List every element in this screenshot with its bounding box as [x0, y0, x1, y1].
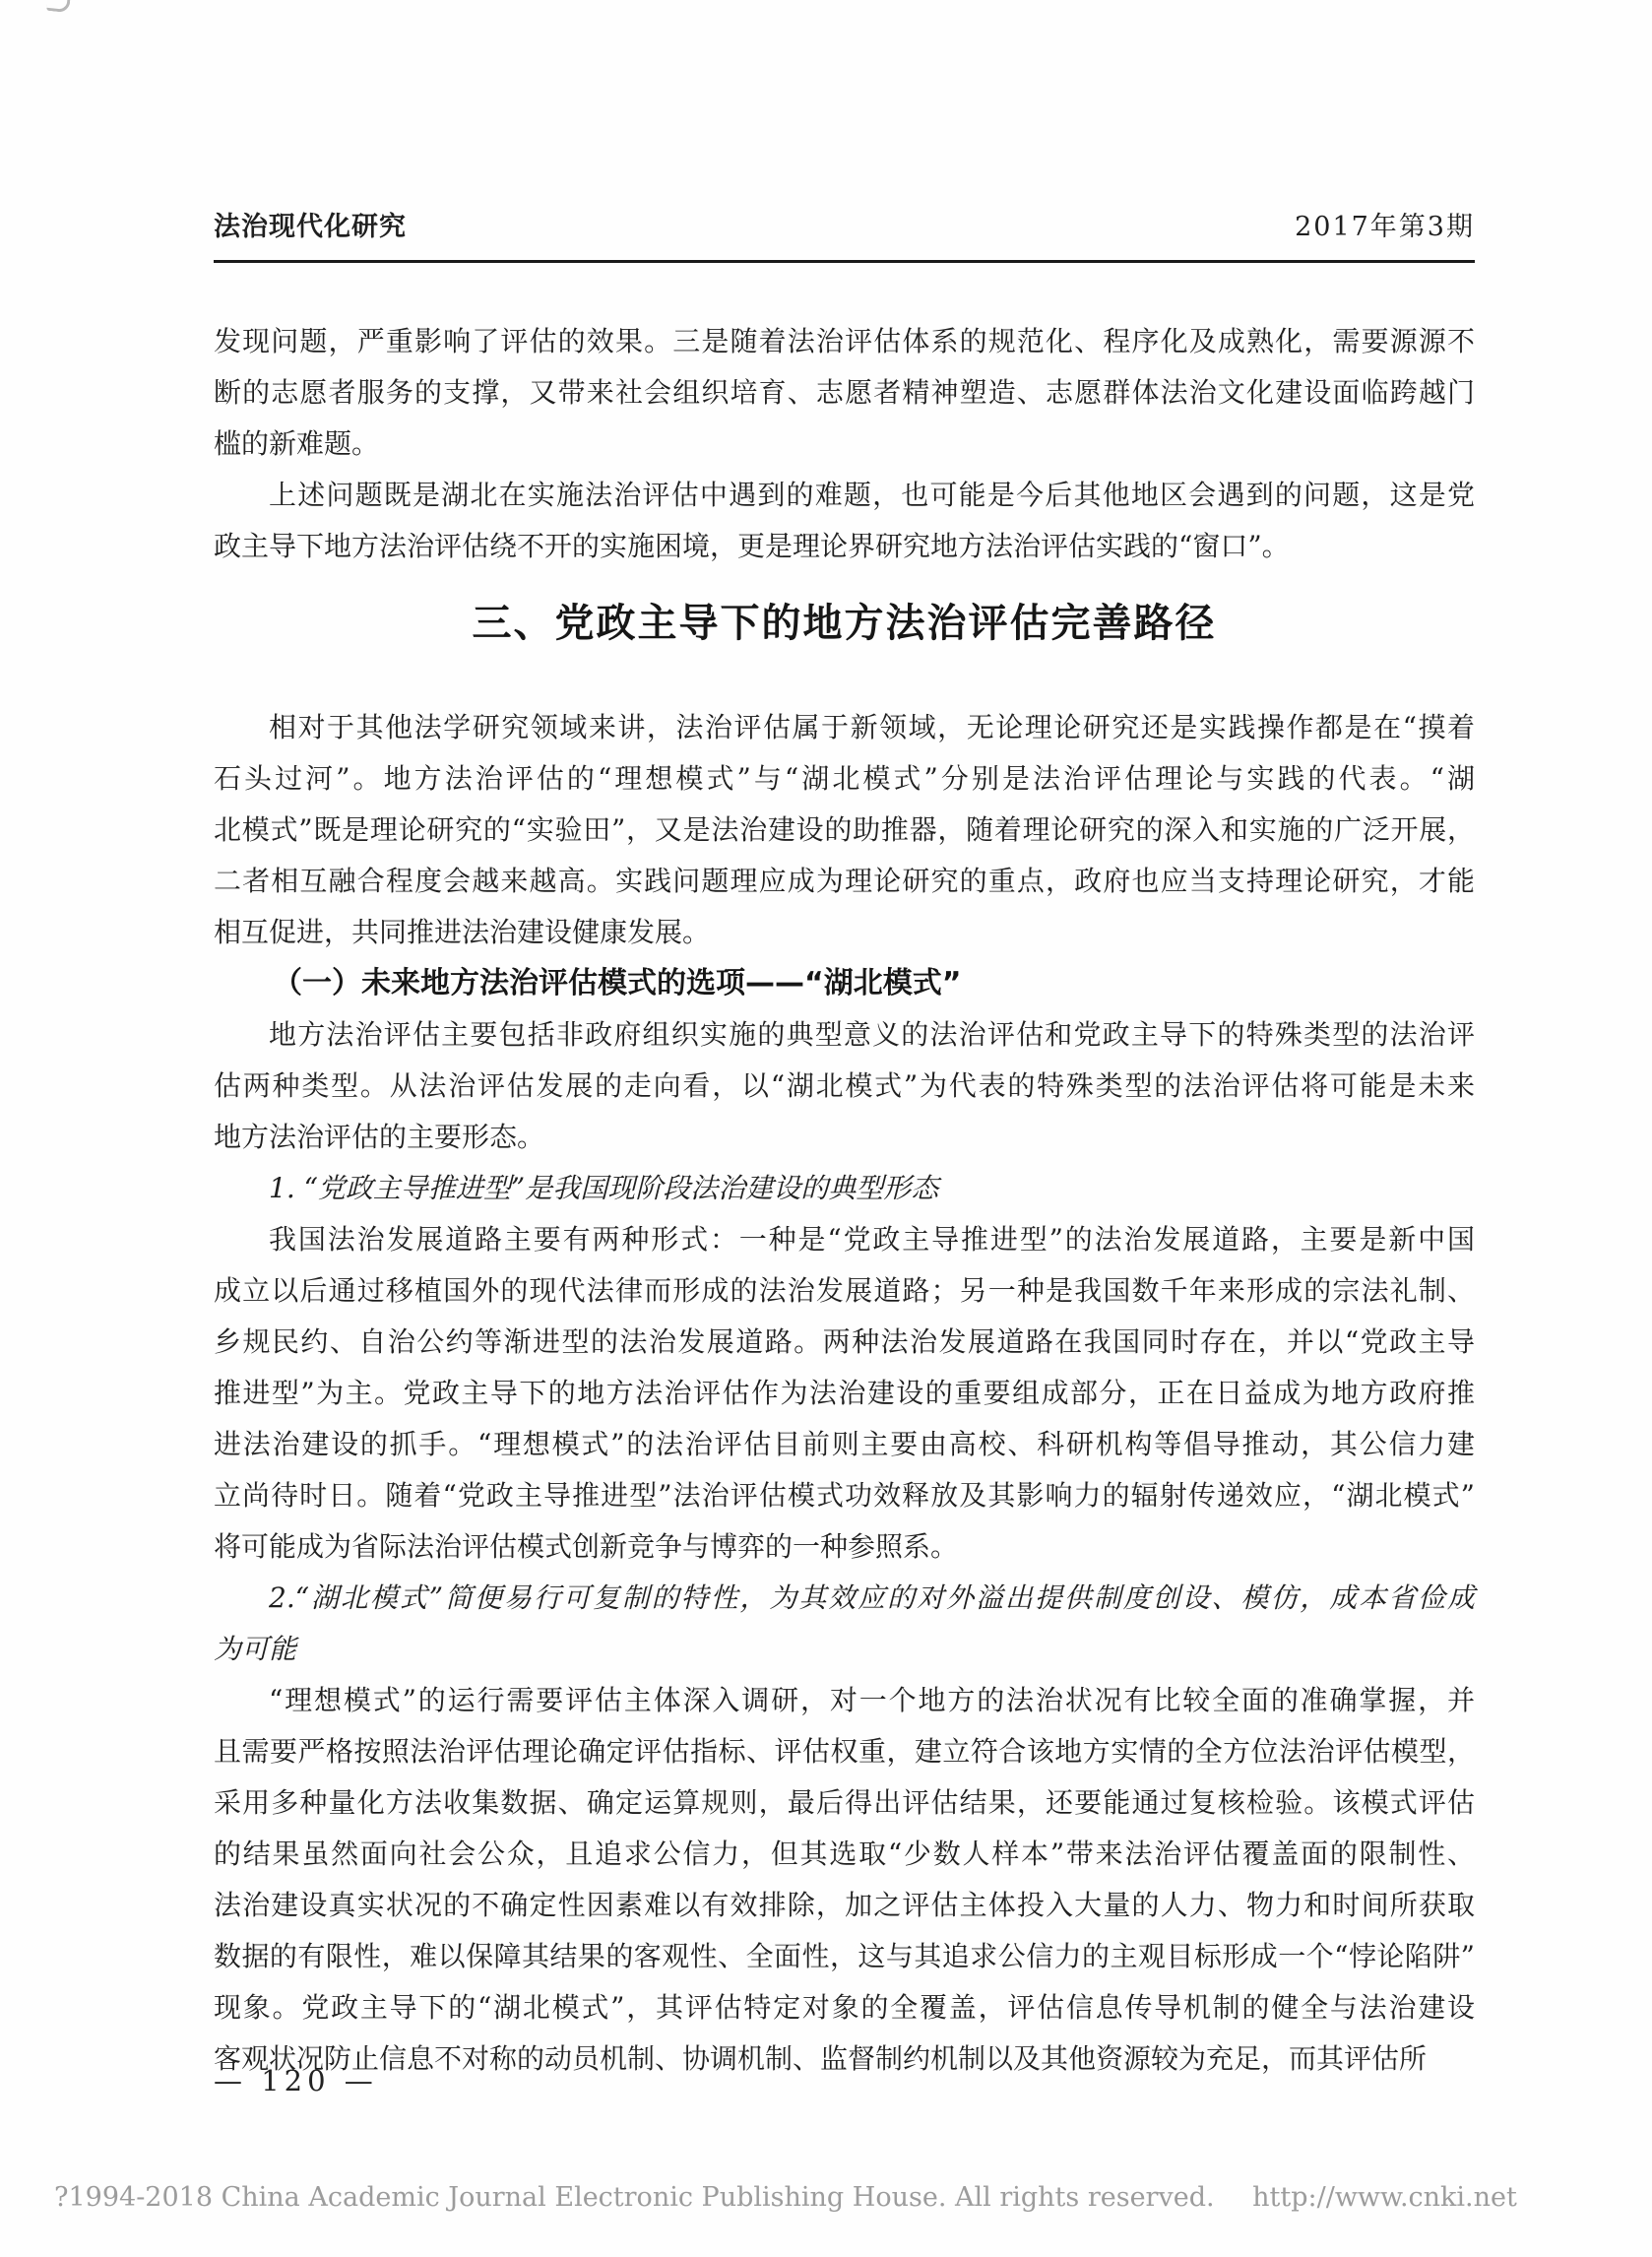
paragraph: 相对于其他法学研究领域来讲，法治评估属于新领域，无论理论研究还是实践操作都是在“… — [214, 702, 1475, 958]
subsection-heading: （一）未来地方法治评估模式的选项——“湖北模式” — [214, 958, 1475, 1009]
text-line: 立尚待时日。随着“党政主导推进型”法治评估模式功效释放及其影响力的辐射传递效应，… — [214, 1470, 1475, 1521]
text-line: 乡规民约、自治公约等渐进型的法治发展道路。两种法治发展道路在我国同时存在，并以“… — [214, 1317, 1475, 1368]
content-column: 法治现代化研究 2017年第3期 发现问题，严重影响了评估的效果。三是随着法治评… — [214, 205, 1475, 2085]
text-line: 地方法治评估的主要形态。 — [214, 1112, 1475, 1163]
paragraph-continuation: 发现问题，严重影响了评估的效果。三是随着法治评估体系的规范化、程序化及成熟化，需… — [214, 316, 1475, 470]
text-line: 地方法治评估主要包括非政府组织实施的典型意义的法治评估和党政主导下的特殊类型的法… — [214, 1009, 1475, 1061]
article-body: 发现问题，严重影响了评估的效果。三是随着法治评估体系的规范化、程序化及成熟化，需… — [214, 316, 1475, 2085]
paragraph: 上述问题既是湖北在实施法治评估中遇到的难题，也可能是今后其他地区会遇到的问题，这… — [214, 470, 1475, 572]
header-rule — [214, 260, 1475, 263]
text-line: 进法治建设的抓手。“理想模式”的法治评估目前则主要由高校、科研机构等倡导推动，其… — [214, 1419, 1475, 1470]
text-line: 二者相互融合程度会越来越高。实践问题理应成为理论研究的重点，政府也应当支持理论研… — [214, 856, 1475, 907]
page-header: 法治现代化研究 2017年第3期 — [214, 205, 1475, 243]
text-line: 断的志愿者服务的支撑，又带来社会组织培育、志愿者精神塑造、志愿群体法治文化建设面… — [214, 367, 1475, 419]
text-line: 1. “党政主导推进型”是我国现阶段法治建设的典型形态 — [214, 1163, 1475, 1214]
text-line: “理想模式”的运行需要评估主体深入调研，对一个地方的法治状况有比较全面的准确掌握… — [214, 1675, 1475, 1726]
text-line: 数据的有限性，难以保障其结果的客观性、全面性，这与其追求公信力的主观目标形成一个… — [214, 1931, 1475, 1982]
page-number: — 120 — — [214, 2064, 378, 2097]
text-line: 相互促进，共同推进法治建设健康发展。 — [214, 907, 1475, 958]
cnki-url: http://www.cnki.net — [1252, 2182, 1517, 2213]
numbered-point-heading-2: 2.“湖北模式”简便易行可复制的特性，为其效应的对外溢出提供制度创设、模仿，成本… — [214, 1573, 1475, 1675]
paragraph: 我国法治发展道路主要有两种形式：一种是“党政主导推进型”的法治发展道路，主要是新… — [214, 1214, 1475, 1573]
text-line: 推进型”为主。党政主导下的地方法治评估作为法治建设的重要组成部分，正在日益成为地… — [214, 1368, 1475, 1419]
text-line: 槛的新难题。 — [214, 419, 1475, 470]
text-line: 我国法治发展道路主要有两种形式：一种是“党政主导推进型”的法治发展道路，主要是新… — [214, 1214, 1475, 1265]
text-line: 相对于其他法学研究领域来讲，法治评估属于新领域，无论理论研究还是实践操作都是在“… — [214, 702, 1475, 753]
journal-title: 法治现代化研究 — [214, 205, 407, 243]
text-line: 的结果虽然面向社会公众，且追求公信力，但其选取“少数人样本”带来法治评估覆盖面的… — [214, 1829, 1475, 1880]
journal-page: 法治现代化研究 2017年第3期 发现问题，严重影响了评估的效果。三是随着法治评… — [0, 0, 1652, 2257]
paragraph: “理想模式”的运行需要评估主体深入调研，对一个地方的法治状况有比较全面的准确掌握… — [214, 1675, 1475, 2085]
text-line: 2.“湖北模式”简便易行可复制的特性，为其效应的对外溢出提供制度创设、模仿，成本… — [214, 1573, 1475, 1624]
text-line: 发现问题，严重影响了评估的效果。三是随着法治评估体系的规范化、程序化及成熟化，需… — [214, 316, 1475, 367]
text-line: 估两种类型。从法治评估发展的走向看，以“湖北模式”为代表的特殊类型的法治评估将可… — [214, 1061, 1475, 1112]
text-line: 政主导下地方法治评估绕不开的实施困境，更是理论界研究地方法治评估实践的“窗口”。 — [214, 521, 1475, 572]
text-line: 法治建设真实状况的不确定性因素难以有效排除，加之评估主体投入大量的人力、物力和时… — [214, 1880, 1475, 1931]
paragraph: 地方法治评估主要包括非政府组织实施的典型意义的法治评估和党政主导下的特殊类型的法… — [214, 1009, 1475, 1163]
text-line: 采用多种量化方法收集数据、确定运算规则，最后得出评估结果，还要能通过复核检验。该… — [214, 1777, 1475, 1829]
text-line: 客观状况防止信息不对称的动员机制、协调机制、监督制约机制以及其他资源较为充足，而… — [214, 2033, 1475, 2085]
text-line: 为可能 — [214, 1624, 1475, 1675]
scan-artifact-mark — [46, 0, 71, 13]
numbered-point-heading-1: 1. “党政主导推进型”是我国现阶段法治建设的典型形态 — [214, 1163, 1475, 1214]
copyright-line: ?1994-2018 China Academic Journal Electr… — [54, 2182, 1517, 2213]
text-line: 成立以后通过移植国外的现代法律而形成的法治发展道路；另一种是我国数千年来形成的宗… — [214, 1265, 1475, 1317]
text-line: 北模式”既是理论研究的“实验田”，又是法治建设的助推器，随着理论研究的深入和实施… — [214, 805, 1475, 856]
text-line: 现象。党政主导下的“湖北模式”，其评估特定对象的全覆盖，评估信息传导机制的健全与… — [214, 1982, 1475, 2033]
copyright-text: ?1994-2018 China Academic Journal Electr… — [54, 2182, 1215, 2213]
text-line: 将可能成为省际法治评估模式创新竞争与博弈的一种参照系。 — [214, 1521, 1475, 1573]
section-heading: 三、党政主导下的地方法治评估完善路径 — [214, 600, 1475, 647]
text-line: 上述问题既是湖北在实施法治评估中遇到的难题，也可能是今后其他地区会遇到的问题，这… — [214, 470, 1475, 521]
text-line: 且需要严格按照法治评估理论确定评估指标、评估权重，建立符合该地方实情的全方位法治… — [214, 1726, 1475, 1777]
text-line: 石头过河”。地方法治评估的“理想模式”与“湖北模式”分别是法治评估理论与实践的代… — [214, 753, 1475, 805]
issue-label: 2017年第3期 — [1295, 205, 1475, 243]
